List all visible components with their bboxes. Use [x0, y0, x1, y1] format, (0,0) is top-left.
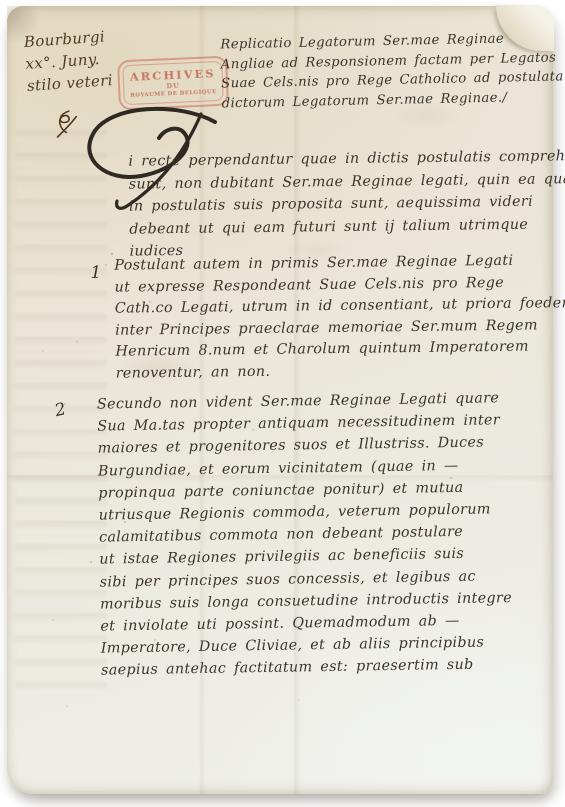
paper-sheet: Bourburgi xx°. Juny. stilo veteri ARCHIV… — [7, 6, 553, 794]
title-block: Replicatio Legatorum Ser.mae Reginae Ang… — [220, 29, 552, 114]
stamp-line-archives: ARCHIVES — [129, 67, 215, 84]
margin-number-1: 1 — [90, 263, 101, 285]
manuscript-photo: Bourburgi xx°. Juny. stilo veteri ARCHIV… — [0, 0, 565, 807]
intro-paragraph: i recte perpendantur quae in dictis post… — [128, 145, 553, 263]
section-2-paragraph: 2 Secundo non vident Ser.mae Reginae Leg… — [97, 386, 557, 682]
paraph-flourish-icon — [53, 107, 81, 143]
stamp-line-du: DU — [166, 81, 180, 90]
section-1-paragraph: 1 Postulant autem in primis Ser.mae Regi… — [114, 250, 552, 384]
stamp-line-royaume: ROYAUME DE BELGIQUE — [130, 88, 217, 100]
archive-stamp: ARCHIVES DU ROYAUME DE BELGIQUE — [117, 56, 229, 111]
text-line: renoventur, an non. — [116, 358, 552, 385]
docket-line: stilo veteri — [26, 69, 113, 97]
